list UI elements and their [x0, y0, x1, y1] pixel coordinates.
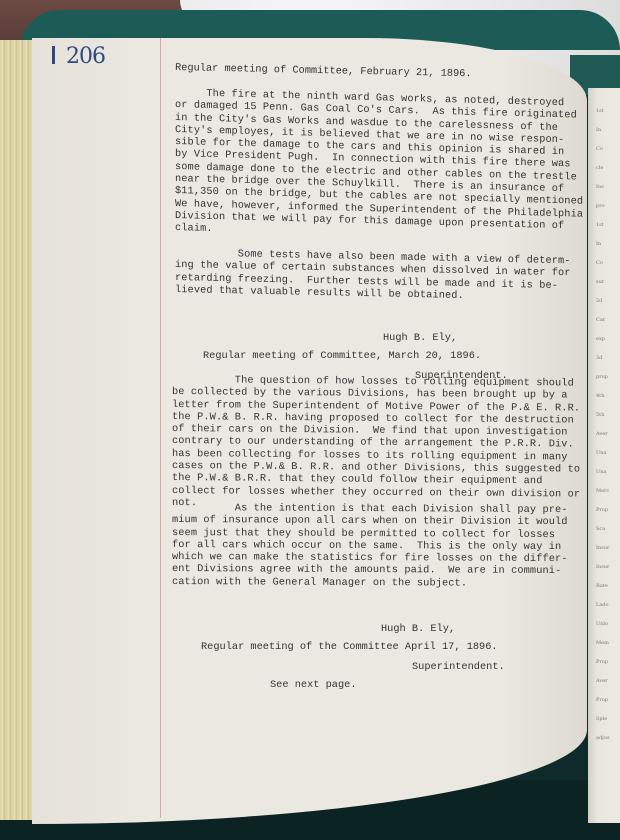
next-page-text-fragment: Prop [596, 507, 608, 513]
next-page-text-fragment: exp [596, 336, 605, 342]
signature-name: Hugh B. Ely, [381, 623, 505, 636]
paragraph-fire-gas-works: The fire at the ninth ward Gas works, as… [175, 87, 583, 245]
next-page-text-fragment: Ins [596, 184, 604, 190]
next-page-text-fragment: Merc [596, 488, 609, 494]
next-page-text-fragment: Aver [596, 678, 608, 684]
next-page-text-fragment: sur [596, 279, 604, 285]
red-margin-line [160, 38, 161, 818]
next-page-text-fragment: Car [596, 317, 605, 323]
next-page-text-fragment: Insur [596, 564, 609, 570]
next-page-text-fragment: Aver [596, 431, 608, 437]
next-page-text-fragment: In [596, 241, 601, 247]
next-page-edge: 1stInCocleInspro1stInCosur2dCarexp3dprop… [588, 88, 620, 823]
next-page-text-fragment: Insur [596, 545, 609, 551]
next-page-text-fragment: Una [596, 469, 606, 475]
next-page-text-fragment: Prop [596, 659, 608, 665]
next-page-text-fragment: Co [596, 260, 603, 266]
next-page-text-fragment: 5th [596, 412, 604, 418]
next-page-text-fragment: Unlo [596, 621, 608, 627]
paragraph-rolling-equipment: The question of how losses to rolling eq… [172, 374, 580, 513]
book-page-edges [0, 40, 32, 820]
signature-name: Hugh B. Ely, [383, 332, 508, 345]
next-page-text-fragment: Co [596, 146, 603, 152]
next-page-text-fragment: Sca [596, 526, 605, 532]
see-next-page-note: See next page. [270, 679, 357, 691]
signature-title: Superintendent. [381, 661, 505, 674]
next-page-text-fragment: Rate [596, 583, 608, 589]
next-page-text-fragment: In [596, 127, 601, 133]
paragraph-freezing-tests: Some tests have also been made with a vi… [175, 247, 571, 304]
page-number: 206 [66, 44, 105, 69]
next-page-text-fragment: Lado [596, 602, 609, 608]
next-page-text-fragment: 4th [596, 393, 604, 399]
next-page-text-fragment: Mem [596, 640, 609, 646]
next-page-text-fragment: prop [596, 374, 608, 380]
next-page-text-fragment: 1st [596, 108, 604, 114]
next-page-text-fragment: 2d [596, 298, 602, 304]
entry-heading-march: Regular meeting of Committee, March 20, … [203, 350, 481, 362]
next-page-text-fragment: pro [596, 203, 605, 209]
next-page-text-fragment: 3d [596, 355, 602, 361]
next-page-text-fragment: Prop [596, 697, 608, 703]
next-page-text-fragment: adjus [596, 735, 610, 741]
next-page-text-fragment: 1st [596, 222, 604, 228]
paragraph-insurance-premium: As the intention is that each Division s… [172, 502, 568, 590]
next-page-text-fragment: Una [596, 450, 606, 456]
next-page-text-fragment: Sple [596, 716, 607, 722]
entry-heading-april: Regular meeting of the Committee April 1… [201, 641, 498, 653]
previous-page-number-fragment [52, 46, 55, 64]
next-page-text-fragment: cle [596, 165, 603, 171]
